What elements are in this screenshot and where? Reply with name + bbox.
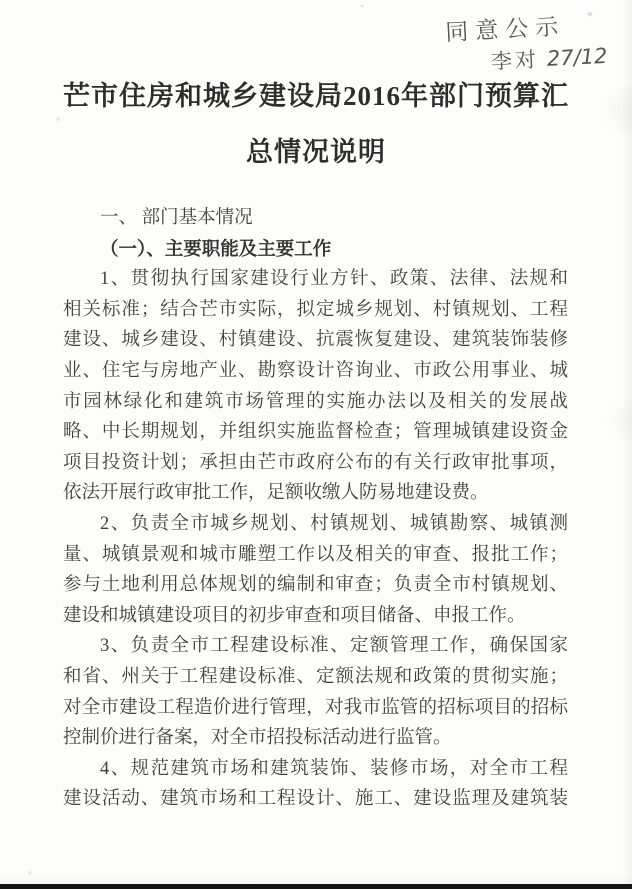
- doc-line: 建设、城乡建设、村镇建设、抗震恢复建设、建筑装饰装修: [63, 325, 568, 356]
- doc-line: 市园林绿化和建筑市场管理的实施办法以及相关的发展战: [63, 387, 568, 418]
- doc-line: 3、负责全市工程建设标准、定额管理工作，确保国家: [63, 631, 568, 662]
- doc-line: 建设和城镇建设项目的初步审查和项目储备、申报工作。: [63, 601, 568, 632]
- doc-line: 项目投资计划；承担由芒市政府公布的有关行政审批事项，: [63, 448, 568, 479]
- doc-line: 建设活动、建筑市场和工程设计、施工、建设监理及建筑装: [63, 784, 568, 815]
- doc-line: 一、 部门基本情况: [63, 203, 568, 234]
- doc-line: 控制价进行备案，对全市招投标活动进行监管。: [63, 723, 568, 754]
- document-title-line1: 芒市住房和城乡建设局2016年部门预算汇: [0, 68, 632, 124]
- document-title-line2: 总情况说明: [0, 124, 632, 180]
- doc-line: 1、贯彻执行国家建设行业方针、政策、法律、法规和: [63, 264, 568, 295]
- handwritten-date: 27/12: [546, 44, 608, 71]
- doc-line: 2、负责全市城乡规划、村镇规划、城镇勘察、城镇测: [63, 509, 568, 540]
- doc-line: 相关标准；结合芒市实际，拟定城乡规划、村镇规划、工程: [63, 295, 568, 326]
- doc-line: 参与土地利用总体规划的编制和审查；负责全市村镇规划、: [63, 570, 568, 601]
- scanned-document-page: 同意公示 李对27/12 芒市住房和城乡建设局2016年部门预算汇 总情况说明 …: [0, 0, 632, 889]
- doc-line: 量、城镇景观和城市雕塑工作以及相关的审查、报批工作；: [63, 540, 568, 571]
- doc-line: 依法开展行政审批工作，足额收缴人防易地建设费。: [63, 478, 568, 509]
- document-title: 芒市住房和城乡建设局2016年部门预算汇 总情况说明: [0, 68, 632, 180]
- scan-edge-bar: [0, 884, 632, 889]
- doc-line: 4、规范建筑市场和建筑装饰、装修市场，对全市工程: [63, 754, 568, 785]
- doc-line: （一）、主要职能及主要工作: [63, 234, 568, 265]
- doc-line: 和省、州关于工程建设标准、定额法规和政策的贯彻实施；: [63, 662, 568, 693]
- doc-line: 业、住宅与房地产业、勘察设计咨询业、市政公用事业、城: [63, 356, 568, 387]
- doc-line: 对全市建设工程造价进行管理，对我市监管的招标项目的招标: [63, 693, 568, 724]
- doc-line: 略、中长期规划，并组织实施监督检查；管理城镇建设资金: [63, 417, 568, 448]
- document-body: 一、 部门基本情况（一）、主要职能及主要工作1、贯彻执行国家建设行业方针、政策、…: [63, 203, 568, 815]
